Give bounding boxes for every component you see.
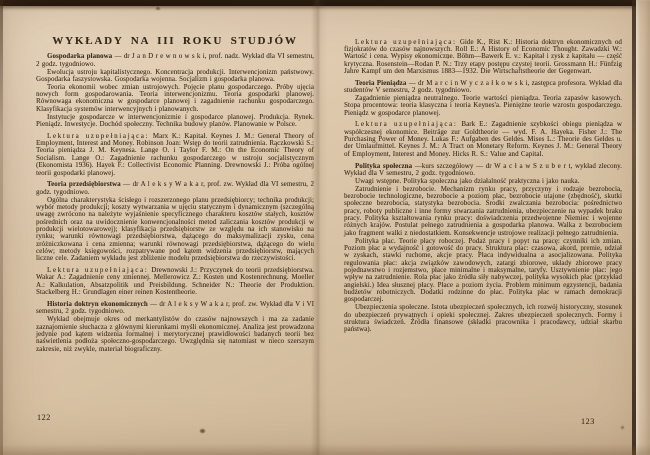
- book-scan: WYKŁADY NA III ROKU STUDJÓW Gospodarka p…: [0, 0, 650, 455]
- right-page: Lektura uzupełniająca: Gide K., Rist K.:…: [344, 34, 622, 334]
- reading-list-paragraph: Lektura uzupełniająca: Bark E.: Zagadnie…: [344, 121, 622, 158]
- course-title: Historia doktryn ekonomicznych: [47, 301, 148, 308]
- reading-list-label: Lektura uzupełniająca:: [47, 267, 148, 274]
- paragraph: Polityka płac. Teorie płacy roboczej. Po…: [344, 238, 622, 304]
- reading-list-label: Lektura uzupełniająca:: [355, 121, 457, 128]
- ink-speck: [447, 57, 449, 59]
- ink-speck: [156, 7, 160, 10]
- course-title: Teoria Pieniądza: [355, 80, 406, 87]
- ink-speck: [200, 429, 205, 433]
- paragraph: Ewolucja ustroju kapitalistycznego. Konc…: [36, 69, 314, 84]
- course-heading: Historia doktryn ekonomicznych — dr A l …: [36, 301, 314, 316]
- reading-list-label: Lektura uzupełniająca:: [355, 39, 457, 46]
- page-number-right: 123: [581, 417, 595, 426]
- course-heading: Polityka społeczna —kurs szczegółowy — d…: [344, 163, 622, 178]
- paragraph: Wykład obejmuje okres od merkantylistów …: [36, 316, 314, 353]
- paragraph: Ogólna charakterystyka ścisłego i rozsze…: [36, 197, 314, 263]
- paragraph: Instytucje gospodarcze w interwencjonizm…: [36, 114, 314, 129]
- paragraph: Uwagi wstępne. Polityka społeczna jako d…: [344, 178, 622, 185]
- reading-list-paragraph: Lektura uzupełniająca: Gide K., Rist K.:…: [344, 39, 622, 76]
- page-number-left: 122: [37, 413, 51, 422]
- reading-list-paragraph: Lektura uzupełniająca: Drewnowski J.: Pr…: [36, 267, 314, 296]
- paragraph: Ubezpieczenia społeczne. Istota ubezpiec…: [344, 304, 622, 333]
- course-heading: Teoria Pieniądza — dr M a r c i n W y c …: [344, 80, 622, 95]
- paragraph: Teoria ekonomii wobec zmian ustrojowych.…: [36, 84, 314, 113]
- left-page-text: Gospodarka planowa — dr J a n D r e w n …: [36, 53, 314, 353]
- scan-bottom-shadow: [0, 444, 650, 455]
- left-page: WYKŁADY NA III ROKU STUDJÓW Gospodarka p…: [36, 34, 314, 353]
- course-title: Teoria przedsiębiorstwa: [47, 181, 121, 188]
- reading-list-label: Lektura uzupełniająca:: [47, 133, 149, 140]
- paragraph: Zagadnienie pieniądza neutralnego. Teori…: [344, 95, 622, 117]
- course-title: Polityka społeczna: [355, 163, 412, 170]
- page-title: WYKŁADY NA III ROKU STUDJÓW: [36, 38, 314, 45]
- paragraph: Zatrudnienie i bezrobocie. Mechanizm ryn…: [344, 186, 622, 237]
- course-heading: Teoria przedsiębiorstwa — dr A l e k s y…: [36, 181, 314, 196]
- ink-speck: [621, 426, 624, 429]
- reading-list-paragraph: Lektura uzupełniająca: Marx K.: Kapitał.…: [36, 133, 314, 177]
- course-heading: Gospodarka planowa — dr J a n D r e w n …: [36, 53, 314, 68]
- adjacent-page-edge: [636, 0, 650, 455]
- scan-left-edge: [0, 0, 3, 455]
- course-title: Gospodarka planowa: [47, 53, 112, 60]
- right-page-text: Lektura uzupełniająca: Gide K., Rist K.:…: [344, 39, 622, 334]
